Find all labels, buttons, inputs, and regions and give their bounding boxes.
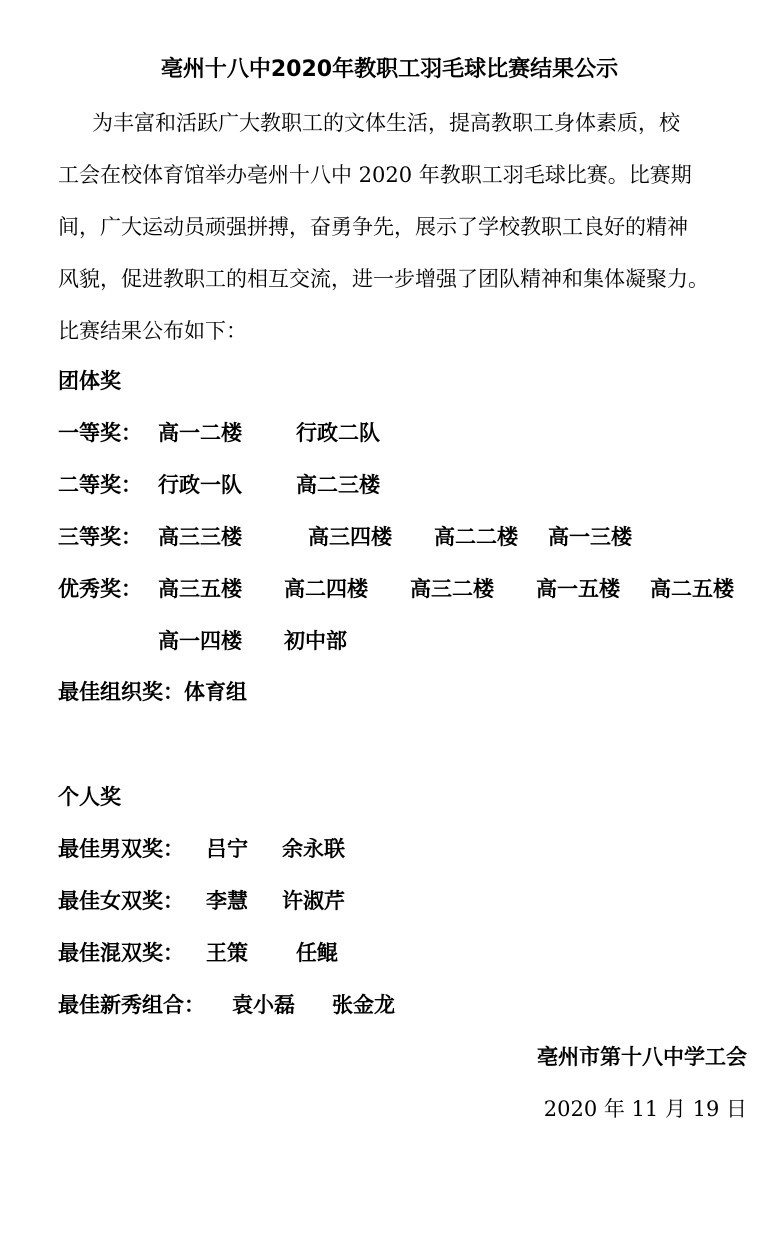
award-label: 优秀奖： xyxy=(58,574,158,604)
intro-paragraph: 为丰富和活跃广大教职工的文体生活，提高教职工身体素质，校 工会在校体育馆举办亳州… xyxy=(58,97,748,357)
winner: 高二四楼 xyxy=(284,574,410,604)
winner: 初中部 xyxy=(284,626,347,656)
signature-date: 2020 年 11 月 19 日 xyxy=(544,1094,747,1124)
award-row-rookie-pair: 最佳新秀组合：袁小磊张金龙 xyxy=(58,990,395,1020)
award-label: 最佳女双奖： xyxy=(58,886,206,916)
award-row-womens-doubles: 最佳女双奖：李慧许淑芹 xyxy=(58,886,345,916)
winner: 李慧 xyxy=(206,886,282,916)
award-label: 二等奖： xyxy=(58,470,158,500)
heading-text: 团体奖 xyxy=(58,366,121,396)
winner: 高三二楼 xyxy=(410,574,536,604)
winner: 王策 xyxy=(206,938,296,968)
winner: 高三三楼 xyxy=(158,522,308,552)
winner: 余永联 xyxy=(282,834,345,864)
award-row-mixed-doubles: 最佳混双奖：王策任鲲 xyxy=(58,938,338,968)
award-row-excellent-cont: 高一四楼初中部 xyxy=(158,626,347,656)
winner: 高三五楼 xyxy=(158,574,284,604)
award-label: 最佳新秀组合： xyxy=(58,990,232,1020)
intro-line: 为丰富和活跃广大教职工的文体生活，提高教职工身体素质，校 xyxy=(58,97,748,149)
award-row-first: 一等奖：高一二楼行政二队 xyxy=(58,418,380,448)
winner: 行政二队 xyxy=(296,418,380,448)
winner: 体育组 xyxy=(184,677,247,707)
award-row-second: 二等奖：行政一队高二三楼 xyxy=(58,470,380,500)
intro-line: 风貌，促进教职工的相互交流，进一步增强了团队精神和集体凝聚力。 xyxy=(58,253,748,305)
winner: 张金龙 xyxy=(332,990,395,1020)
award-label: 最佳混双奖： xyxy=(58,938,206,968)
intro-line: 工会在校体育馆举办亳州十八中 2020 年教职工羽毛球比赛。比赛期 xyxy=(58,149,748,201)
award-row-mens-doubles: 最佳男双奖：吕宁余永联 xyxy=(58,834,345,864)
signature-organization: 亳州市第十八中学工会 xyxy=(537,1042,747,1072)
award-row-best-org: 最佳组织奖：体育组 xyxy=(58,677,247,707)
award-label: 一等奖： xyxy=(58,418,158,448)
winner: 高一五楼 xyxy=(536,574,650,604)
award-label: 三等奖： xyxy=(58,522,158,552)
winner: 高二五楼 xyxy=(650,574,734,604)
award-label: 最佳组织奖： xyxy=(58,677,184,707)
intro-line: 间，广大运动员顽强拼搏，奋勇争先，展示了学校教职工良好的精神 xyxy=(58,201,748,253)
intro-line: 比赛结果公布如下： xyxy=(58,305,748,357)
winner: 许淑芹 xyxy=(282,886,345,916)
heading-text: 个人奖 xyxy=(58,782,121,812)
award-row-third: 三等奖：高三三楼高三四楼高二二楼高一三楼 xyxy=(58,522,632,552)
winner: 吕宁 xyxy=(206,834,282,864)
winner: 行政一队 xyxy=(158,470,296,500)
winner: 高三四楼 xyxy=(308,522,434,552)
winner: 高一二楼 xyxy=(158,418,296,448)
team-awards-heading: 团体奖 xyxy=(58,366,121,396)
winner: 袁小磊 xyxy=(232,990,332,1020)
winner: 高二二楼 xyxy=(434,522,548,552)
award-row-excellent: 优秀奖：高三五楼高二四楼高三二楼高一五楼高二五楼 xyxy=(58,574,734,604)
winner: 高一四楼 xyxy=(158,626,284,656)
document-title: 亳州十八中2020年教职工羽毛球比赛结果公示 xyxy=(0,52,779,83)
winner: 任鲲 xyxy=(296,938,338,968)
winner: 高一三楼 xyxy=(548,522,632,552)
individual-awards-heading: 个人奖 xyxy=(58,782,121,812)
winner: 高二三楼 xyxy=(296,470,380,500)
award-label: 最佳男双奖： xyxy=(58,834,206,864)
